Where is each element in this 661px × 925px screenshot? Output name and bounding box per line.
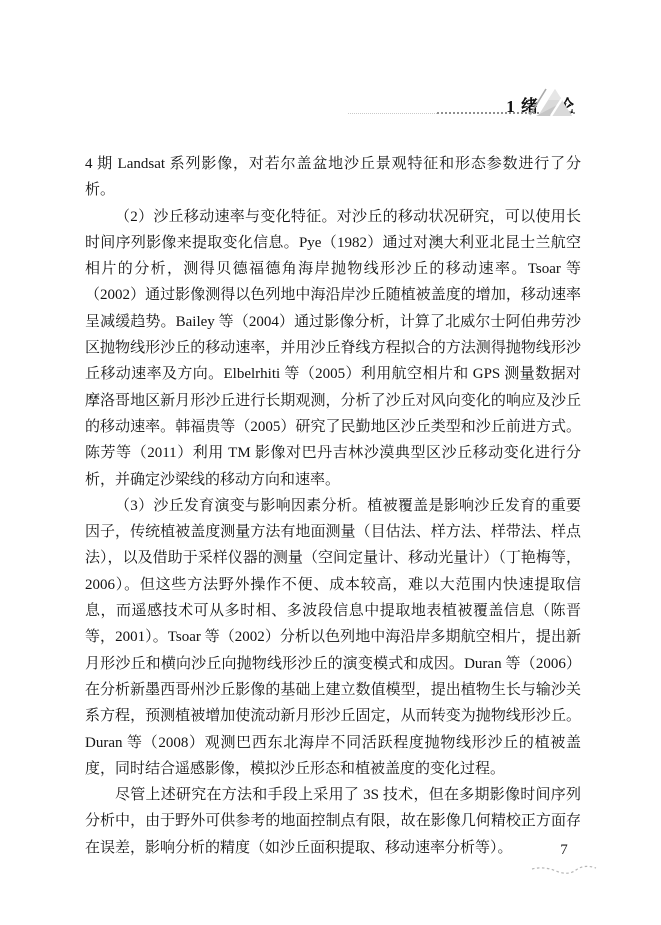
book-page: 1 绪 论 4 期 Landsat 系列影像，对若尔盖盆地沙丘景观特征和形态参数…	[0, 0, 661, 925]
footer-swoosh-ornament-icon	[530, 864, 598, 876]
page-number: 7	[536, 842, 592, 859]
mountain-triangle-logo-icon	[524, 86, 576, 118]
paragraph-summary: 尽管上述研究在方法和手段上采用了 3S 技术，但在多期影像时间序列分析中，由于野…	[85, 782, 581, 861]
page-body-text: 4 期 Landsat 系列影像，对若尔盖盆地沙丘景观特征和形态参数进行了分析。…	[85, 151, 581, 861]
paragraph-continued: 4 期 Landsat 系列影像，对若尔盖盆地沙丘景观特征和形态参数进行了分析。	[85, 151, 581, 204]
paragraph-dune-movement: （2）沙丘移动速率与变化特征。对沙丘的移动状况研究，可以使用长时间序列影像来提取…	[85, 204, 581, 493]
header-rule-light	[348, 113, 437, 114]
paragraph-dune-evolution: （3）沙丘发育演变与影响因素分析。植被覆盖是影响沙丘发育的重要因子，传统植被盖度…	[85, 493, 581, 782]
